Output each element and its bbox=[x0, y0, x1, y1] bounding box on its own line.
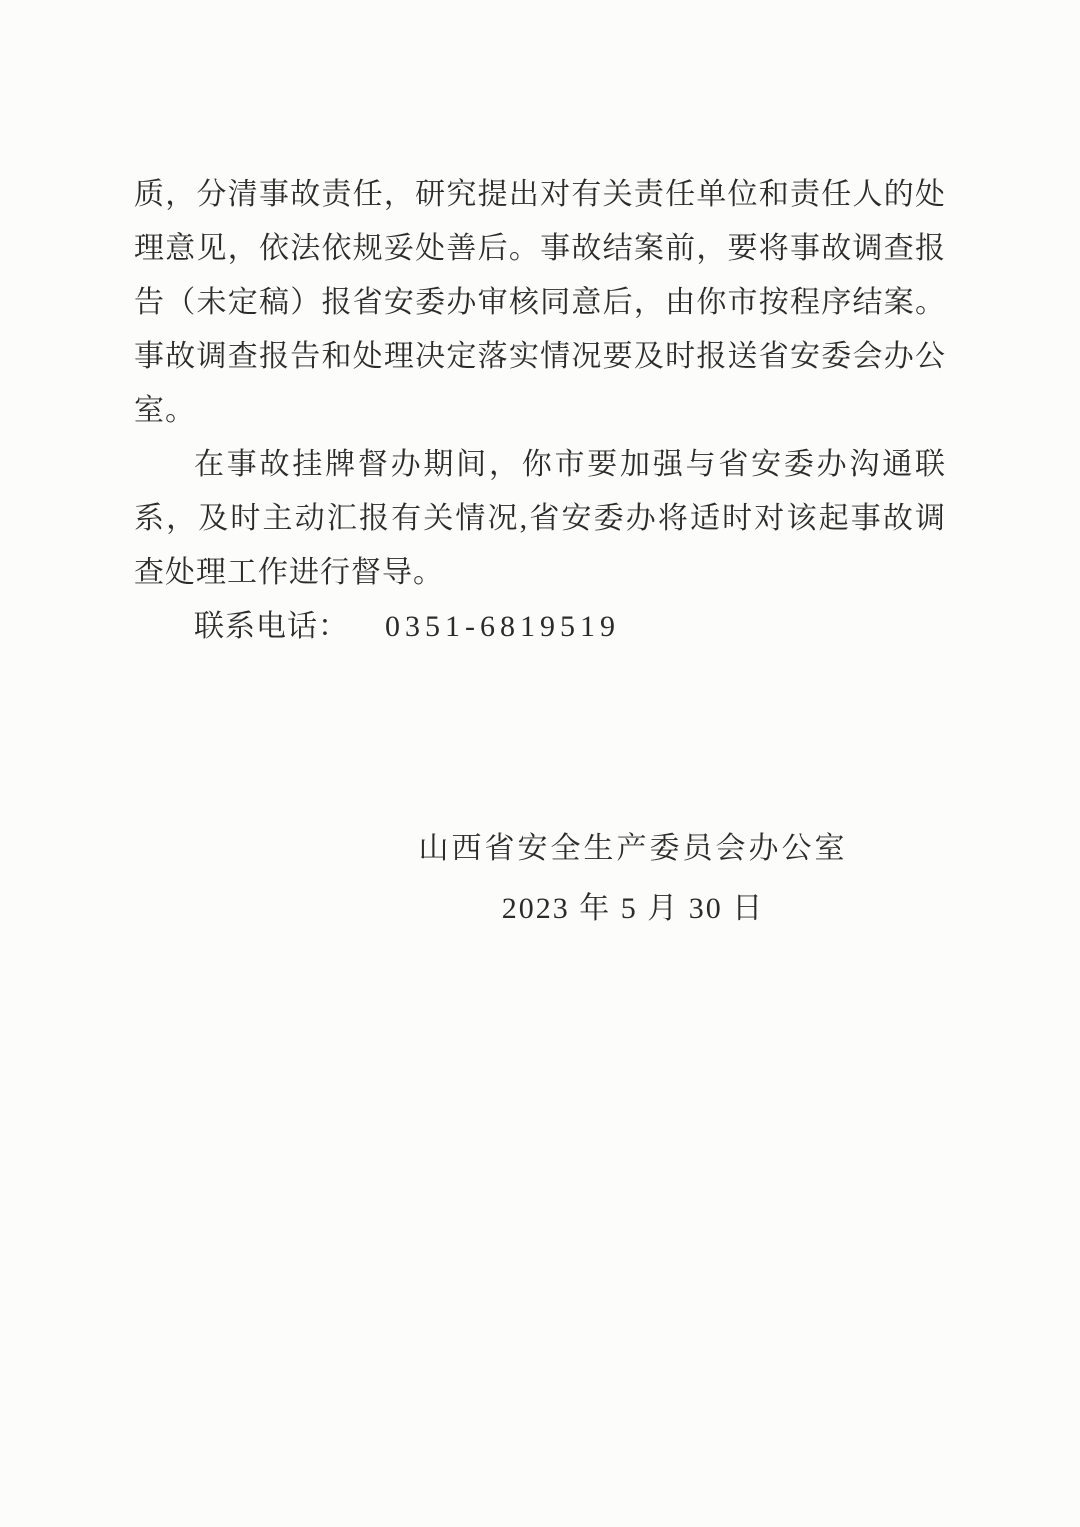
paragraph-continuation: 质，分清事故责任，研究提出对有关责任单位和责任人的处理意见，依法依规妥处善后。事… bbox=[134, 168, 946, 438]
contact-phone: 0351-6819519 bbox=[385, 610, 620, 643]
contact-label: 联系电话： bbox=[194, 610, 349, 643]
signature-org: 山西省安全生产委员会办公室 bbox=[227, 822, 1039, 876]
document-body: 质，分清事故责任，研究提出对有关责任单位和责任人的处理意见，依法依规妥处善后。事… bbox=[134, 168, 946, 654]
signature-date: 2023 年 5 月 30 日 bbox=[227, 882, 1039, 936]
document-page: 质，分清事故责任，研究提出对有关责任单位和责任人的处理意见，依法依规妥处善后。事… bbox=[0, 0, 1080, 1527]
signature-block: 山西省安全生产委员会办公室 2023 年 5 月 30 日 bbox=[227, 822, 1039, 936]
contact-line: 联系电话：0351-6819519 bbox=[134, 600, 946, 654]
paragraph-supervision: 在事故挂牌督办期间，你市要加强与省安委办沟通联系，及时主动汇报有关情况,省安委办… bbox=[134, 438, 946, 600]
